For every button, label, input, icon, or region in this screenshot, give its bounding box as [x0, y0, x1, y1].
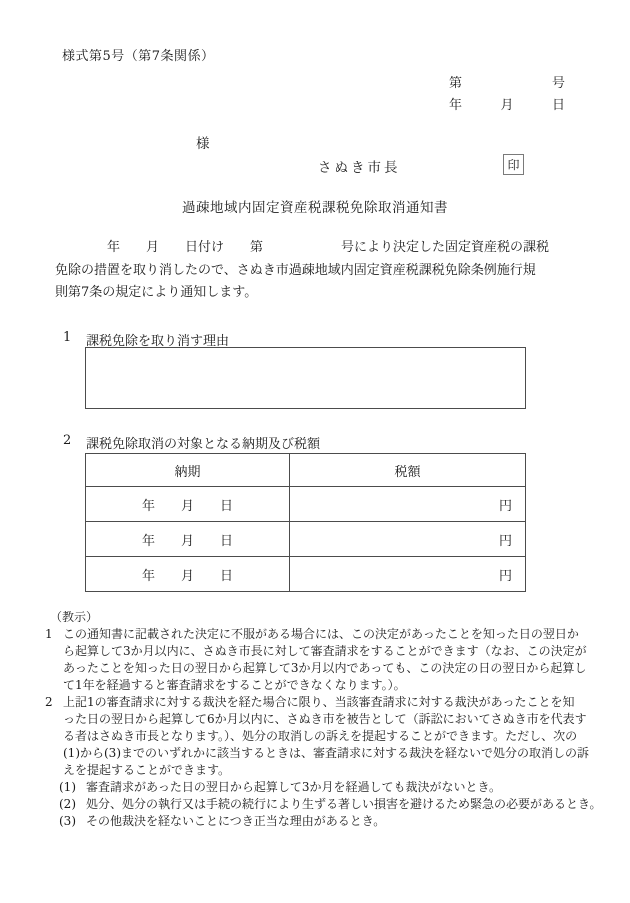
section2-heading: 2 課税免除取消の対象となる納期及び税額: [63, 433, 320, 452]
subitem-text: その他裁決を経ないことにつき正当な理由があるとき。: [86, 813, 385, 830]
note2-subitem-3: (3) その他裁決を経ないことにつき正当な理由があるとき。: [59, 813, 611, 830]
due-date-cell: 年 月 日: [86, 522, 290, 557]
note2-subitem-1: (1) 審査請求があった日の翌日から起算して3か月を経過しても裁決がないとき。: [59, 779, 611, 796]
date-month-label: 月: [500, 94, 513, 113]
due-date-column-header: 納期: [86, 454, 290, 487]
body-line: 則第7条の規定により通知します。: [55, 282, 549, 305]
body-line: 免除の措置を取り消したので、さぬき市過疎地域内固定資産税課税免除条例施行規: [55, 260, 549, 283]
notes-label: （教示）: [50, 609, 611, 626]
sender-name: さぬき市長: [318, 156, 401, 176]
amount-column-header: 税額: [289, 454, 525, 487]
note-line: った日の翌日から起算して6か月以内に、さぬき市を被告として（訴訟においてさぬき市…: [63, 711, 611, 728]
note-line: て1年を経過すると審査請求をすることができなくなります。）。: [63, 677, 611, 694]
document-title: 過疎地域内固定資産税課税免除取消通知書: [0, 196, 630, 216]
note-item-1: 1 この通知書に記載された決定に不服がある場合には、この決定があったことを知った…: [45, 626, 611, 694]
section2-title: 課税免除取消の対象となる納期及び税額: [86, 433, 320, 452]
note-line: 上記1の審査請求に対する裁決を経た場合に限り、当該審査請求に対する裁決があったこ…: [63, 694, 611, 711]
document-page: 様式第5号（第7条関係） 第 号 年 月 日 様 さぬき市長 印 過疎地域内固定…: [0, 0, 630, 903]
note1-body: この通知書に記載された決定に不服がある場合には、この決定があったことを知った日の…: [63, 626, 611, 694]
subitem-text: 審査請求があった日の翌日から起算して3か月を経過しても裁決がないとき。: [86, 779, 501, 796]
notes-section: （教示） 1 この通知書に記載された決定に不服がある場合には、この決定があったこ…: [45, 609, 611, 830]
tax-table: 納期 税額 年 月 日 円 年 月 日 円 年 月 日 円: [85, 453, 526, 592]
note2-body: 上記1の審査請求に対する裁決を経た場合に限り、当該審査請求に対する裁決があったこ…: [63, 694, 611, 830]
subitem-text: 処分、処分の執行又は手続の続行により生ずる著しい損害を避けるため緊急の必要がある…: [86, 796, 602, 813]
form-style-label: 様式第5号（第7条関係）: [62, 45, 215, 64]
tax-table-header-row: 納期 税額: [86, 454, 526, 487]
section1-number: 1: [63, 330, 86, 349]
note-line: る者はさぬき市長となります。）、処分の取消しの訴えを提起することができます。ただ…: [63, 728, 611, 745]
body-line: 年 月 日付け 第 号により決定した固定資産税の課税: [55, 237, 549, 260]
reason-input-box: [85, 347, 526, 409]
subitem-marker: (1): [59, 779, 86, 796]
subitem-marker: (3): [59, 813, 86, 830]
date-year-label: 年: [449, 94, 462, 113]
note-line: ら起算して3か月以内に、さぬき市長に対して審査請求をすることができます（なお、こ…: [63, 643, 611, 660]
note-line: えを提起することができます。: [63, 762, 611, 779]
amount-cell: 円: [289, 487, 525, 522]
table-row: 年 月 日 円: [86, 487, 526, 522]
addressee-honorific: 様: [196, 132, 210, 152]
note-line: あったことを知った日の翌日から起算して3か月以内であっても、この決定の日の翌日か…: [63, 660, 611, 677]
seal-box: 印: [503, 154, 524, 175]
body-paragraph: 年 月 日付け 第 号により決定した固定資産税の課税 免除の措置を取り消したので…: [55, 237, 549, 305]
due-date-cell: 年 月 日: [86, 487, 290, 522]
note1-number: 1: [45, 626, 63, 694]
note2-subitem-2: (2) 処分、処分の執行又は手続の続行により生ずる著しい損害を避けるため緊急の必…: [59, 796, 611, 813]
doc-date-line: 年 月 日: [449, 94, 565, 113]
note-item-2: 2 上記1の審査請求に対する裁決を経た場合に限り、当該審査請求に対する裁決があっ…: [45, 694, 611, 830]
doc-number-suffix: 号: [552, 72, 565, 91]
doc-number-line: 第 号: [449, 72, 565, 91]
note-line: この通知書に記載された決定に不服がある場合には、この決定があったことを知った日の…: [63, 626, 611, 643]
due-date-cell: 年 月 日: [86, 557, 290, 592]
doc-number-prefix: 第: [449, 72, 462, 91]
subitem-marker: (2): [59, 796, 86, 813]
amount-cell: 円: [289, 522, 525, 557]
amount-cell: 円: [289, 557, 525, 592]
table-row: 年 月 日 円: [86, 557, 526, 592]
section2-number: 2: [63, 433, 86, 452]
table-row: 年 月 日 円: [86, 522, 526, 557]
note-line: (1)から(3)までのいずれかに該当するときは、審査請求に対する裁決を経ないで処…: [63, 745, 611, 762]
date-day-label: 日: [552, 94, 565, 113]
